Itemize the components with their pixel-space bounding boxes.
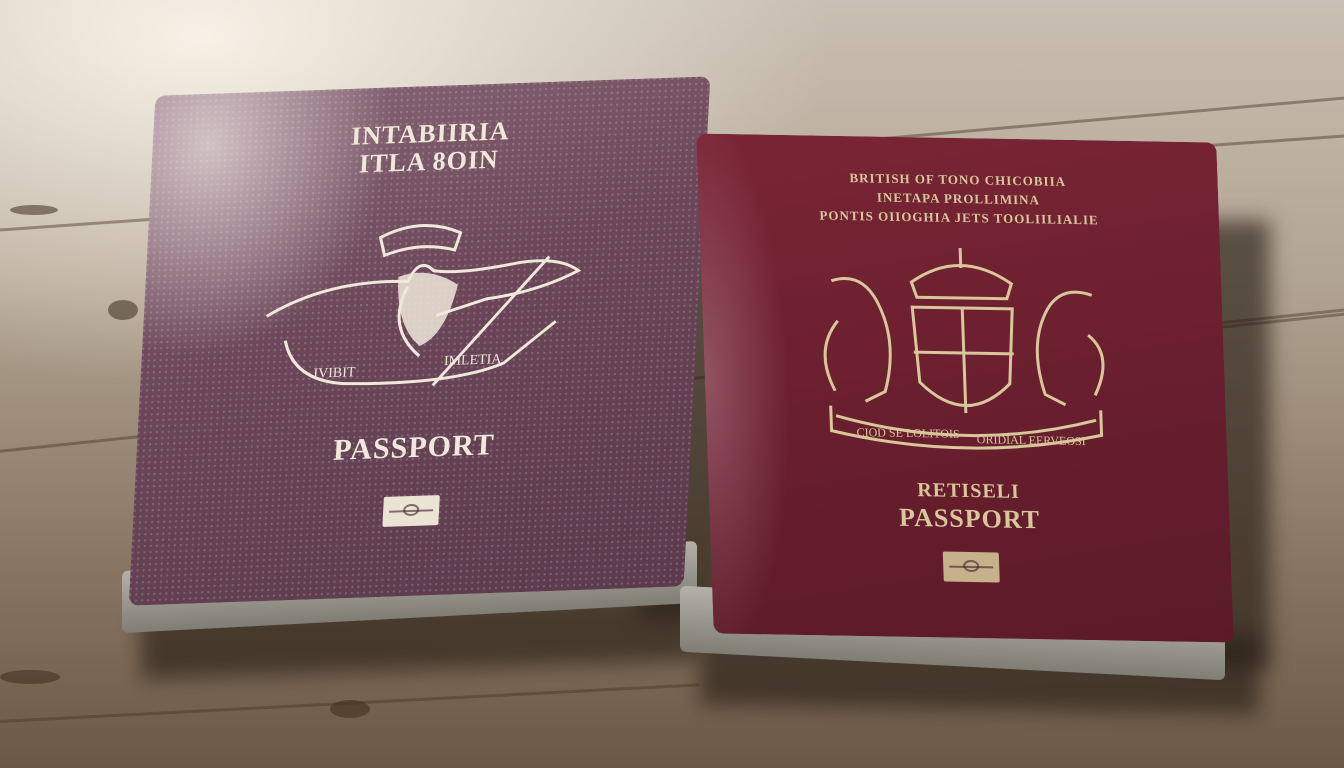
passport-cover: INTABIIRIA ITLA 8OIN IVIBIT IMLETIA PASS…: [129, 76, 711, 605]
wood-knot: [330, 700, 370, 718]
right-passport: BRITISH OF TONO CHICOBIIA INETAPA PROLLI…: [680, 138, 1225, 678]
svg-text:ORIDIAL EERVEOSI: ORIDIAL EERVEOSI: [977, 432, 1086, 448]
cover-header: INTABIIRIA ITLA 8OIN: [151, 110, 709, 185]
passport-cover: BRITISH OF TONO CHICOBIIA INETAPA PROLLI…: [696, 133, 1233, 642]
left-passport: INTABIIRIA ITLA 8OIN IVIBIT IMLETIA PASS…: [122, 86, 697, 626]
biometric-chip-icon: [943, 552, 1000, 583]
passport-title: PASSPORT: [136, 421, 693, 474]
royal-coat-of-arms-icon: CIOD SE LOLITOIS ORIDIAL EERVEOSI: [800, 240, 1128, 466]
wood-knot: [0, 670, 60, 684]
cover-header: BRITISH OF TONO CHICOBIIA INETAPA PROLLI…: [697, 165, 1219, 231]
svg-text:IVIBIT: IVIBIT: [313, 365, 356, 381]
wooden-table-background: INTABIIRIA ITLA 8OIN IVIBIT IMLETIA PASS…: [0, 0, 1344, 768]
svg-text:IMLETIA: IMLETIA: [443, 352, 502, 369]
svg-text:CIOD SE LOLITOIS: CIOD SE LOLITOIS: [856, 425, 960, 441]
eagle-with-banner-icon: IVIBIT IMLETIA: [252, 210, 591, 402]
biometric-chip-icon: [382, 495, 440, 527]
wood-knot: [10, 205, 58, 215]
